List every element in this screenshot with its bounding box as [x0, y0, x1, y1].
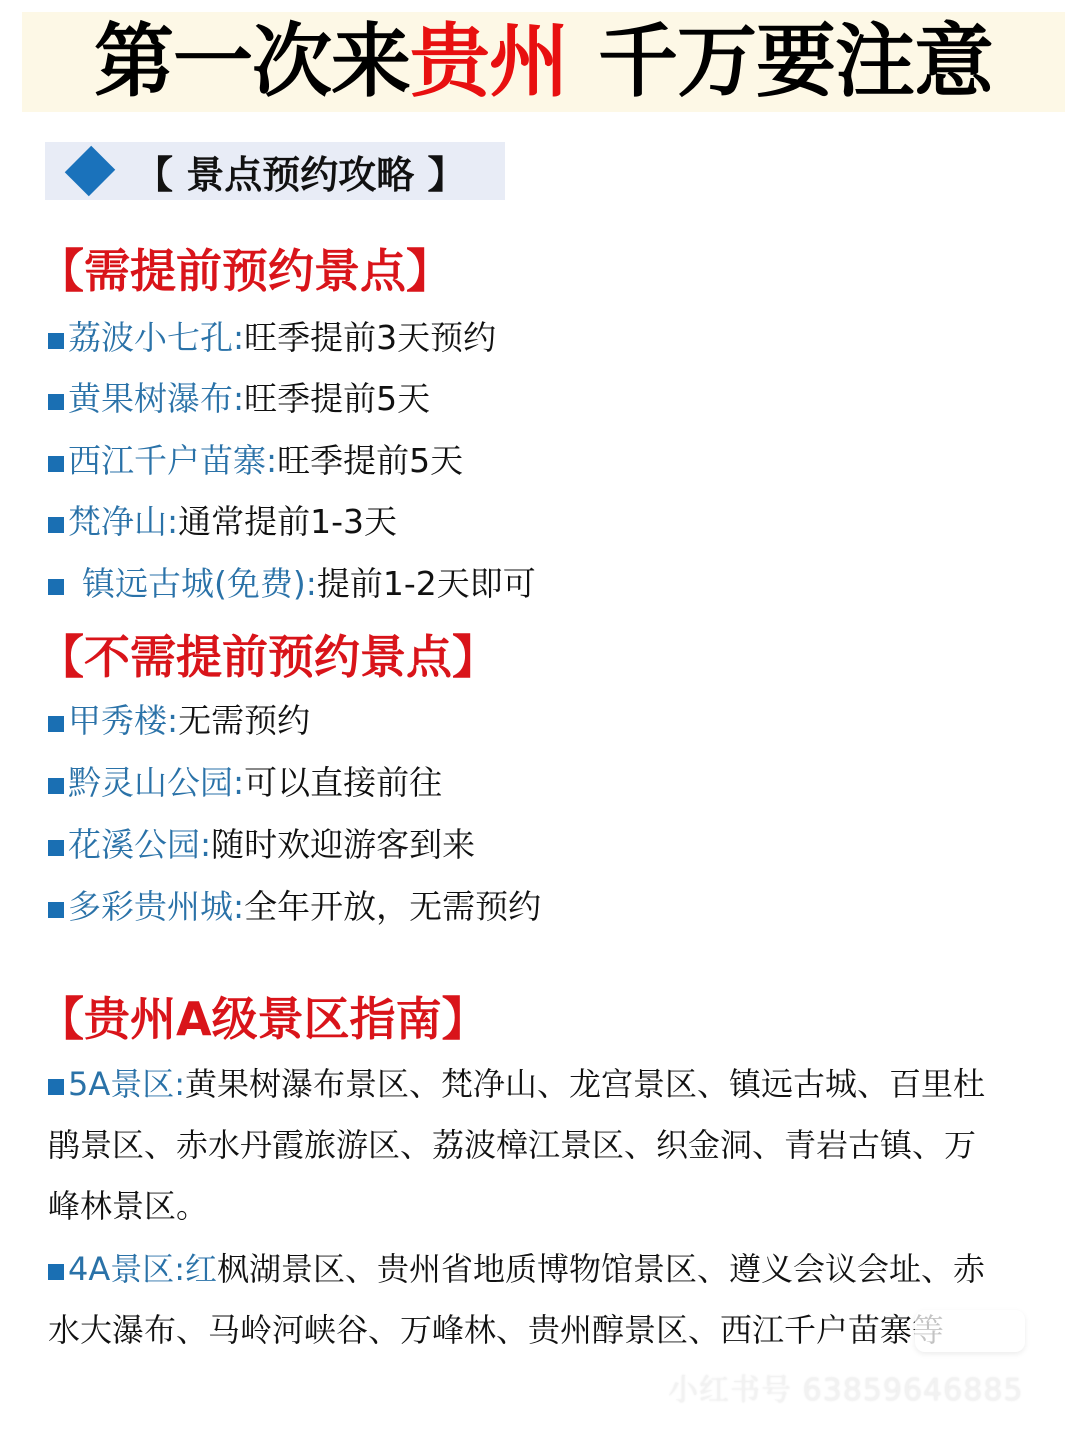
list-item: 甲秀楼:无需预约	[48, 704, 310, 737]
square-bullet-icon	[48, 1079, 64, 1095]
section-heading-need-booking: 【需提前预约景点】	[38, 248, 452, 294]
spot-desc: 旺季提前3天预约	[244, 321, 496, 354]
four-a-line: 水大瀑布、马岭河峡谷、万峰林、贵州醇景区、西江千户苗寨等	[48, 1314, 944, 1346]
spot-name: 多彩贵州城:	[68, 890, 244, 923]
title-part-2: 千万要注意	[598, 15, 993, 108]
four-a-line: 4A景区:红枫湖景区、贵州省地质博物馆景区、遵义会议会址、赤	[48, 1253, 985, 1285]
watermark-badge	[915, 1310, 1025, 1352]
spot-name: 镇远古城(免费):	[82, 567, 317, 600]
five-a-line: 鹃景区、赤水丹霞旅游区、荔波樟江景区、织金洞、青岩古镇、万	[48, 1129, 976, 1161]
square-bullet-icon	[48, 456, 64, 472]
diamond-icon	[65, 146, 115, 196]
square-bullet-icon	[48, 778, 64, 794]
title-highlight: 贵州	[410, 15, 568, 108]
list-item: 镇远古城(免费):提前1-2天即可	[48, 567, 536, 600]
spot-name: 黔灵山公园:	[68, 766, 244, 799]
four-a-label: 4A景区:红	[68, 1253, 217, 1285]
title-banner: 第一次来贵州千万要注意	[22, 12, 1065, 112]
five-a-line: 5A景区:黄果树瀑布景区、梵净山、龙宫景区、镇远古城、百里杜	[48, 1068, 985, 1100]
spot-name: 甲秀楼:	[68, 704, 178, 737]
list-item: 黄果树瀑布:旺季提前5天	[48, 382, 430, 415]
square-bullet-icon	[48, 517, 64, 533]
list-item: 多彩贵州城:全年开放，无需预约	[48, 890, 541, 923]
spot-desc: 通常提前1-3天	[178, 505, 397, 538]
subheading-banner: 【 景点预约攻略 】	[45, 142, 505, 200]
square-bullet-icon	[48, 716, 64, 732]
square-bullet-icon	[48, 579, 64, 595]
spot-desc: 提前1-2天即可	[317, 567, 536, 600]
spot-name: 西江千户苗寨:	[68, 444, 277, 477]
subheading-title: 【 景点预约攻略 】	[135, 144, 465, 199]
square-bullet-icon	[48, 902, 64, 918]
title-part-1: 第一次来	[94, 15, 410, 108]
spot-desc: 旺季提前5天	[244, 382, 430, 415]
list-item: 梵净山:通常提前1-3天	[48, 505, 397, 538]
list-item: 黔灵山公园:可以直接前往	[48, 766, 442, 799]
five-a-line: 峰林景区。	[48, 1190, 208, 1222]
five-a-label: 5A景区:	[68, 1068, 185, 1100]
square-bullet-icon	[48, 333, 64, 349]
square-bullet-icon	[48, 1264, 64, 1280]
watermark: 小红书号 63859646885	[668, 1365, 1024, 1409]
spot-desc: 可以直接前往	[244, 766, 442, 799]
spot-name: 黄果树瀑布:	[68, 382, 244, 415]
four-a-text: 水大瀑布、马岭河峡谷、万峰林、贵州醇景区、西江千户苗寨等	[48, 1314, 944, 1346]
square-bullet-icon	[48, 840, 64, 856]
spot-desc: 全年开放，无需预约	[244, 890, 541, 923]
section-heading-a-level: 【贵州A级景区指南】	[38, 996, 488, 1042]
list-item: 花溪公园:随时欢迎游客到来	[48, 828, 475, 861]
five-a-text: 鹃景区、赤水丹霞旅游区、荔波樟江景区、织金洞、青岩古镇、万	[48, 1129, 976, 1161]
spot-name: 梵净山:	[68, 505, 178, 538]
five-a-text: 黄果树瀑布景区、梵净山、龙宫景区、镇远古城、百里杜	[185, 1068, 985, 1100]
spot-desc: 随时欢迎游客到来	[211, 828, 475, 861]
list-item: 西江千户苗寨:旺季提前5天	[48, 444, 463, 477]
four-a-text: 枫湖景区、贵州省地质博物馆景区、遵义会议会址、赤	[217, 1253, 985, 1285]
spot-desc: 无需预约	[178, 704, 310, 737]
spot-name: 花溪公园:	[68, 828, 211, 861]
page-title: 第一次来贵州千万要注意	[94, 22, 993, 102]
list-item: 荔波小七孔:旺季提前3天预约	[48, 321, 496, 354]
five-a-text: 峰林景区。	[48, 1190, 208, 1222]
spot-name: 荔波小七孔:	[68, 321, 244, 354]
square-bullet-icon	[48, 394, 64, 410]
section-heading-no-booking: 【不需提前预约景点】	[38, 634, 498, 680]
spot-desc: 旺季提前5天	[277, 444, 463, 477]
